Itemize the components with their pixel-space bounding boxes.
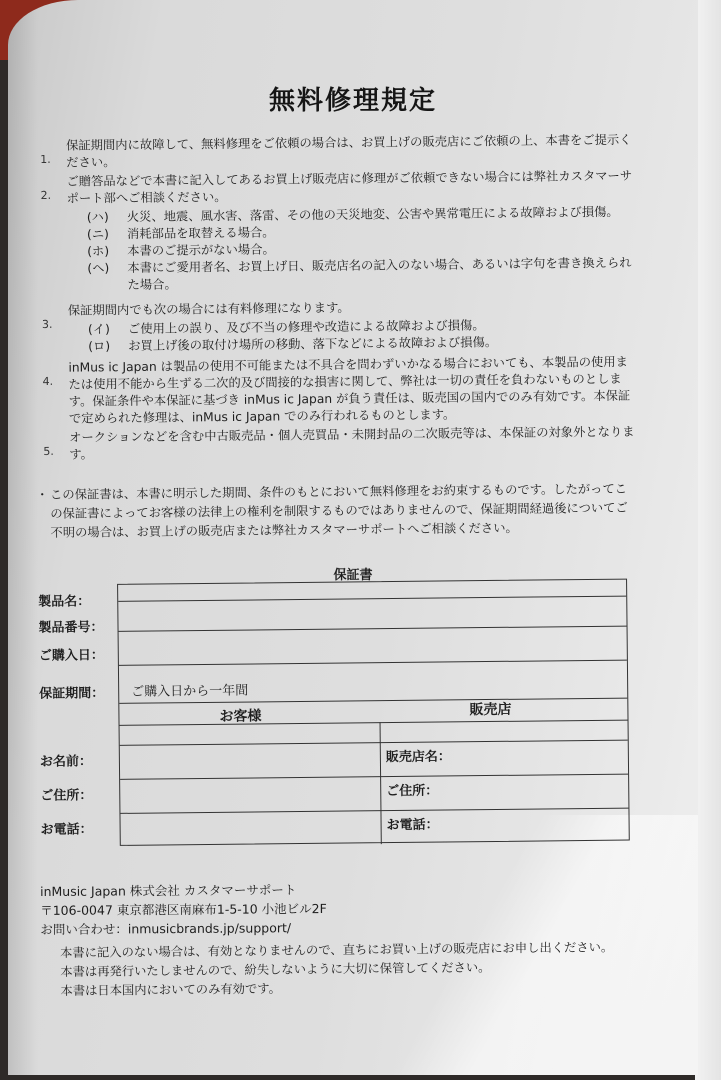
rule-number: 5.	[43, 443, 54, 460]
rule-5: 5. オークションなどを含む中古販売品・個人売買品・未開封品の二次販売等は、本保…	[39, 424, 639, 464]
product-name-label: 製品名：	[38, 590, 90, 610]
product-number-field[interactable]	[119, 630, 627, 663]
rule-text: inMus ic Japan は製品の使用不可能または不具合を問わずいかなる場合…	[68, 355, 630, 426]
item-mark: (ヘ)	[87, 260, 127, 294]
rule-number: 4.	[42, 373, 53, 390]
warranty-table: ご購入日から一年間 お客様 販売店 販売店名： ご住所： お電話：	[117, 579, 630, 846]
product-name-field[interactable]	[118, 600, 626, 629]
rule-2: 2. ご贈答品などで本書に記入してあるお買上げ販売店に修理がご依頼できない場合に…	[36, 168, 636, 208]
rule-text: 保証期間内に故障して、無料修理をご依頼の場合は、お買上げの販売店にご依頼の上、本…	[66, 133, 632, 170]
warranty-note: ・ この保証書は、本書に明示した期間、条件のもとにおいて無料修理をお約束するもの…	[36, 480, 637, 543]
row-divider	[120, 808, 628, 814]
item-mark: (イ)	[88, 321, 128, 338]
item-mark: (ハ)	[87, 209, 127, 226]
row-divider	[120, 774, 628, 780]
store-address-label: ご住所：	[386, 780, 438, 800]
company-name: inMusic Japan 株式会社 カスタマーサポート	[40, 880, 327, 901]
footer-notes: 本書に記入のない場合は、有効となりませんので、直ちにお買い上げの販売店にお申し出…	[60, 938, 614, 1001]
rule-text: 保証期間内でも次の場合には有料修理になります。	[68, 301, 350, 318]
rule-number: 1.	[40, 151, 51, 168]
company-address: 〒106-0047 東京都港区南麻布1-5-10 小池ビル2F	[40, 899, 327, 920]
column-divider	[380, 722, 382, 844]
item-mark: (ニ)	[87, 226, 127, 243]
customer-name-label: お名前：	[40, 750, 92, 770]
page-shadow	[8, 0, 38, 1075]
store-phone-label: お電話：	[386, 814, 438, 834]
rule-4: 4. inMus ic Japan は製品の使用不可能または不具合を問わずいかな…	[38, 354, 639, 428]
row-divider	[120, 720, 628, 726]
store-header: 販売店	[469, 699, 511, 719]
customer-address-label: ご住所：	[40, 784, 92, 804]
rule-2-item-he: (ヘ) 本書にご愛用者名、お買上げ日、販売店名の記入のない場合、あるいは字句を書…	[37, 255, 637, 295]
store-name-label: 販売店名：	[386, 745, 451, 765]
item-text: 本書にご愛用者名、お買上げ日、販売店名の記入のない場合、あるいは字句を書き換えら…	[127, 255, 637, 294]
rule-text: オークションなどを含む中古販売品・個人売買品・未開封品の二次販売等は、本保証の対…	[69, 425, 635, 462]
customer-header: お客様	[219, 705, 261, 725]
rules-list: 1. 保証期間内に故障して、無料修理をご依頼の場合は、お買上げの販売店にご依頼の…	[36, 132, 639, 466]
warranty-period-value: ご購入日から一年間	[131, 680, 248, 700]
company-info: inMusic Japan 株式会社 カスタマーサポート 〒106-0047 東…	[40, 880, 327, 939]
product-number-label: 製品番号：	[38, 616, 103, 636]
page-edge	[695, 0, 721, 1080]
warranty-period-label: 保証期間：	[39, 682, 104, 702]
document-title: 無料修理規定	[8, 80, 698, 117]
warranty-document-page: 無料修理規定 1. 保証期間内に故障して、無料修理をご依頼の場合は、お買上げの販…	[8, 0, 698, 1075]
rule-number: 3.	[42, 316, 53, 333]
rule-number: 2.	[41, 187, 52, 204]
bullet-icon: ・	[36, 486, 49, 505]
item-mark: (ロ)	[88, 338, 128, 355]
row-divider	[120, 740, 628, 746]
company-contact: お問い合わせ：inmusicbrands.jp/support/	[40, 918, 327, 939]
rule-1: 1. 保証期間内に故障して、無料修理をご依頼の場合は、お買上げの販売店にご依頼の…	[36, 132, 636, 172]
purchase-date-label: ご購入日：	[39, 644, 104, 664]
rule-text: ご贈答品などで本書に記入してあるお買上げ販売店に修理がご依頼できない場合には弊社…	[66, 169, 632, 206]
item-mark: (ホ)	[87, 243, 127, 260]
customer-phone-label: お電話：	[41, 818, 93, 838]
note-text: この保証書は、本書に明示した期間、条件のもとにおいて無料修理をお約束するものです…	[50, 482, 628, 540]
